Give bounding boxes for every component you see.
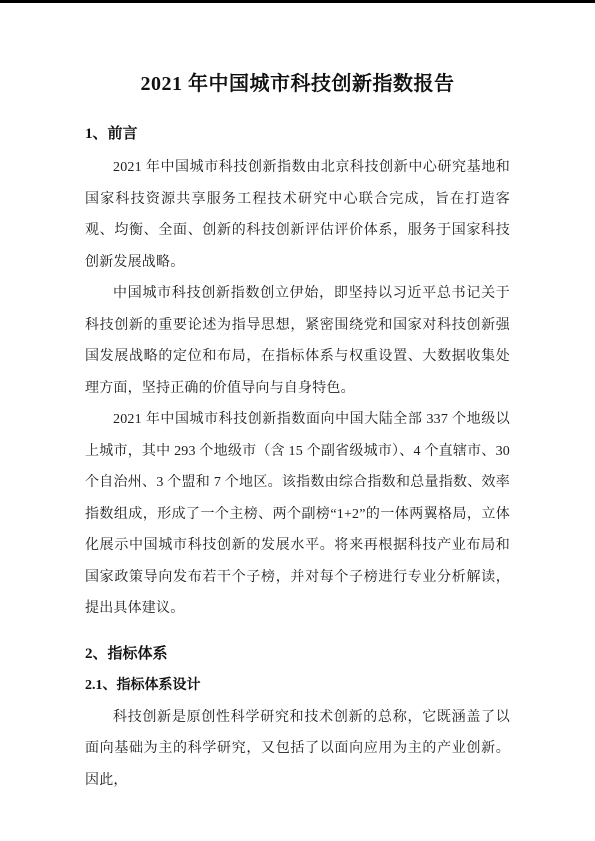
paragraph: 2021 年中国城市科技创新指数面向中国大陆全部 337 个地级以上城市，其中 … [85,404,510,625]
paragraph: 2021 年中国城市科技创新指数由北京科技创新中心研究基地和国家科技资源共享服务… [85,152,510,278]
paragraph: 中国城市科技创新指数创立伊始，即坚持以习近平总书记关于科技创新的重要论述为指导思… [85,278,510,404]
section-foreword-body: 2021 年中国城市科技创新指数由北京科技创新中心研究基地和国家科技资源共享服务… [85,152,510,625]
document-page: 2021 年中国城市科技创新指数报告 1、前言 2021 年中国城市科技创新指数… [0,0,595,841]
section-heading-foreword: 1、前言 [85,122,510,146]
document-content: 2021 年中国城市科技创新指数报告 1、前言 2021 年中国城市科技创新指数… [85,0,510,796]
subsection-heading-indicator-design: 2.1、指标体系设计 [85,670,510,702]
section-indicator-body: 科技创新是原创性科学研究和技术创新的总称，它既涵盖了以面向基础为主的科学研究，又… [85,702,510,797]
section-heading-indicator-system: 2、指标体系 [85,639,510,671]
paragraph: 科技创新是原创性科学研究和技术创新的总称，它既涵盖了以面向基础为主的科学研究，又… [85,702,510,797]
document-title: 2021 年中国城市科技创新指数报告 [85,70,510,98]
